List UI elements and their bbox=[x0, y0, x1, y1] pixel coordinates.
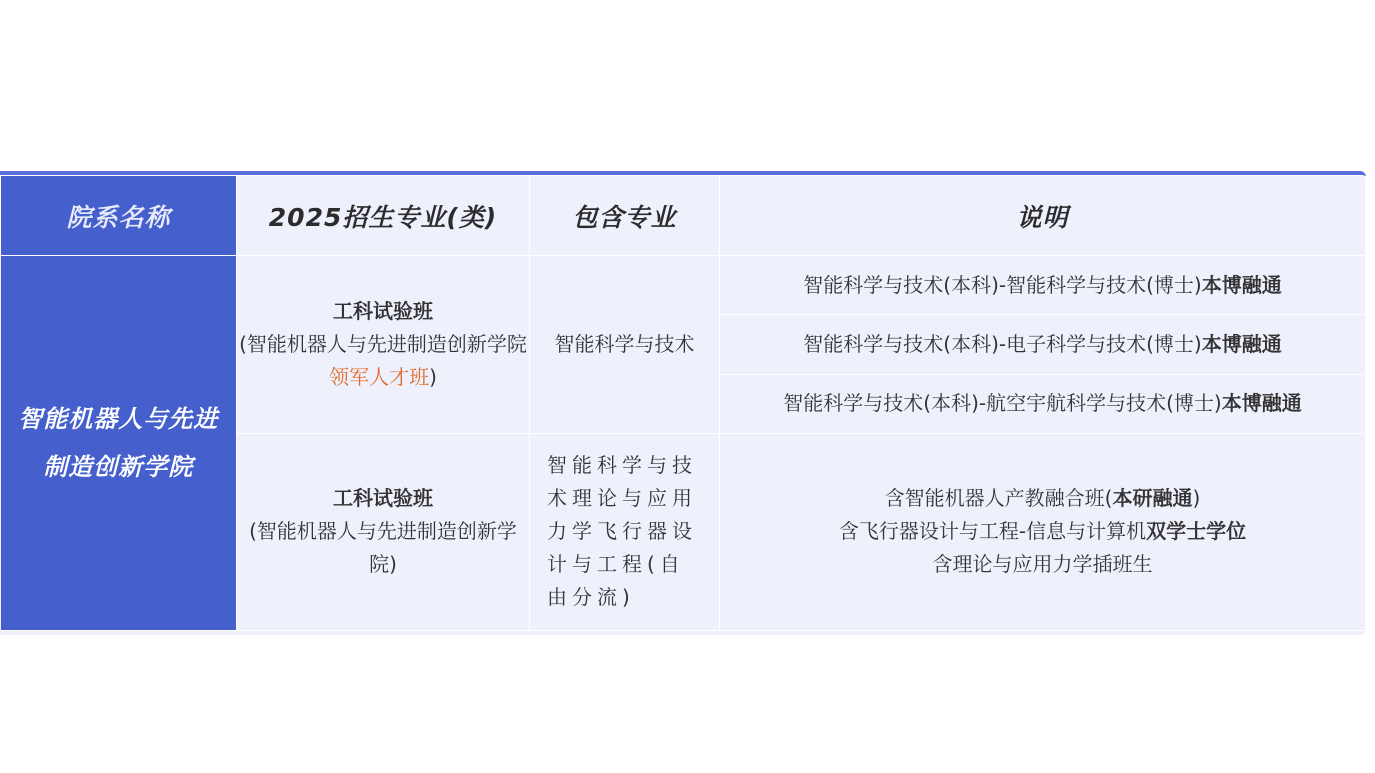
description-bold: 本博融通 bbox=[1202, 332, 1282, 356]
description-suffix: ) bbox=[1193, 486, 1201, 510]
description-line: 含理论与应用力学插班生 bbox=[720, 548, 1365, 581]
enroll-major-sub-prefix: (智能机器人与先进制造创新学院 bbox=[239, 332, 527, 356]
description-text: 含飞行器设计与工程-信息与计算机 bbox=[839, 519, 1146, 543]
header-included-majors: 包含专业 bbox=[530, 176, 720, 256]
header-enroll-major: 2025招生专业(类) bbox=[237, 176, 530, 256]
description-cell: 含智能机器人产教融合班(本研融通) 含飞行器设计与工程-信息与计算机双学士学位 … bbox=[720, 433, 1366, 630]
admissions-table: 院系名称 2025招生专业(类) 包含专业 说明 智能机器人与先进制造创新学院 … bbox=[0, 175, 1366, 631]
included-majors-cell: 智能科学与技术 bbox=[530, 256, 720, 434]
description-bold: 本研融通 bbox=[1113, 486, 1193, 510]
description-cell: 智能科学与技术(本科)-智能科学与技术(博士)本博融通 bbox=[720, 256, 1366, 315]
enroll-major-cell: 工科试验班 (智能机器人与先进制造创新学院领军人才班) bbox=[237, 256, 530, 434]
header-description: 说明 bbox=[720, 176, 1366, 256]
college-name-cell: 智能机器人与先进制造创新学院 bbox=[1, 256, 237, 631]
enroll-major-sub-suffix: ) bbox=[429, 365, 437, 389]
description-line: 含智能机器人产教融合班(本研融通) bbox=[720, 482, 1365, 515]
description-text: 智能科学与技术(本科)-航空宇航科学与技术(博士) bbox=[783, 391, 1221, 415]
description-bold: 双学士学位 bbox=[1146, 519, 1246, 543]
description-line: 含飞行器设计与工程-信息与计算机双学士学位 bbox=[720, 515, 1365, 548]
header-college: 院系名称 bbox=[1, 176, 237, 256]
description-text: 智能科学与技术(本科)-智能科学与技术(博士) bbox=[803, 273, 1201, 297]
description-text: 智能科学与技术(本科)-电子科学与技术(博士) bbox=[803, 332, 1201, 356]
enroll-major-cell: 工科试验班 (智能机器人与先进制造创新学院) bbox=[237, 433, 530, 630]
description-text: 含理论与应用力学插班生 bbox=[933, 552, 1153, 576]
admissions-table-container: 院系名称 2025招生专业(类) 包含专业 说明 智能机器人与先进制造创新学院 … bbox=[0, 171, 1366, 635]
description-cell: 智能科学与技术(本科)-电子科学与技术(博士)本博融通 bbox=[720, 315, 1366, 374]
description-bold: 本博融通 bbox=[1202, 273, 1282, 297]
enroll-major-sub: (智能机器人与先进制造创新学院) bbox=[249, 519, 517, 576]
description-text: 含智能机器人产教融合班( bbox=[885, 486, 1113, 510]
enroll-major-title: 工科试验班 bbox=[237, 295, 529, 328]
description-cell: 智能科学与技术(本科)-航空宇航科学与技术(博士)本博融通 bbox=[720, 374, 1366, 433]
description-bold: 本博融通 bbox=[1222, 391, 1302, 415]
table-row: 智能机器人与先进制造创新学院 工科试验班 (智能机器人与先进制造创新学院领军人才… bbox=[1, 256, 1366, 315]
enroll-major-title: 工科试验班 bbox=[237, 482, 529, 515]
enroll-major-sub: (智能机器人与先进制造创新学院领军人才班) bbox=[239, 332, 527, 389]
enroll-major-highlight: 领军人才班 bbox=[329, 365, 429, 389]
table-header-row: 院系名称 2025招生专业(类) 包含专业 说明 bbox=[1, 176, 1366, 256]
included-majors-cell: 智能科学与技术理论与应用力学飞行器设计与工程(自由分流) bbox=[530, 433, 720, 630]
